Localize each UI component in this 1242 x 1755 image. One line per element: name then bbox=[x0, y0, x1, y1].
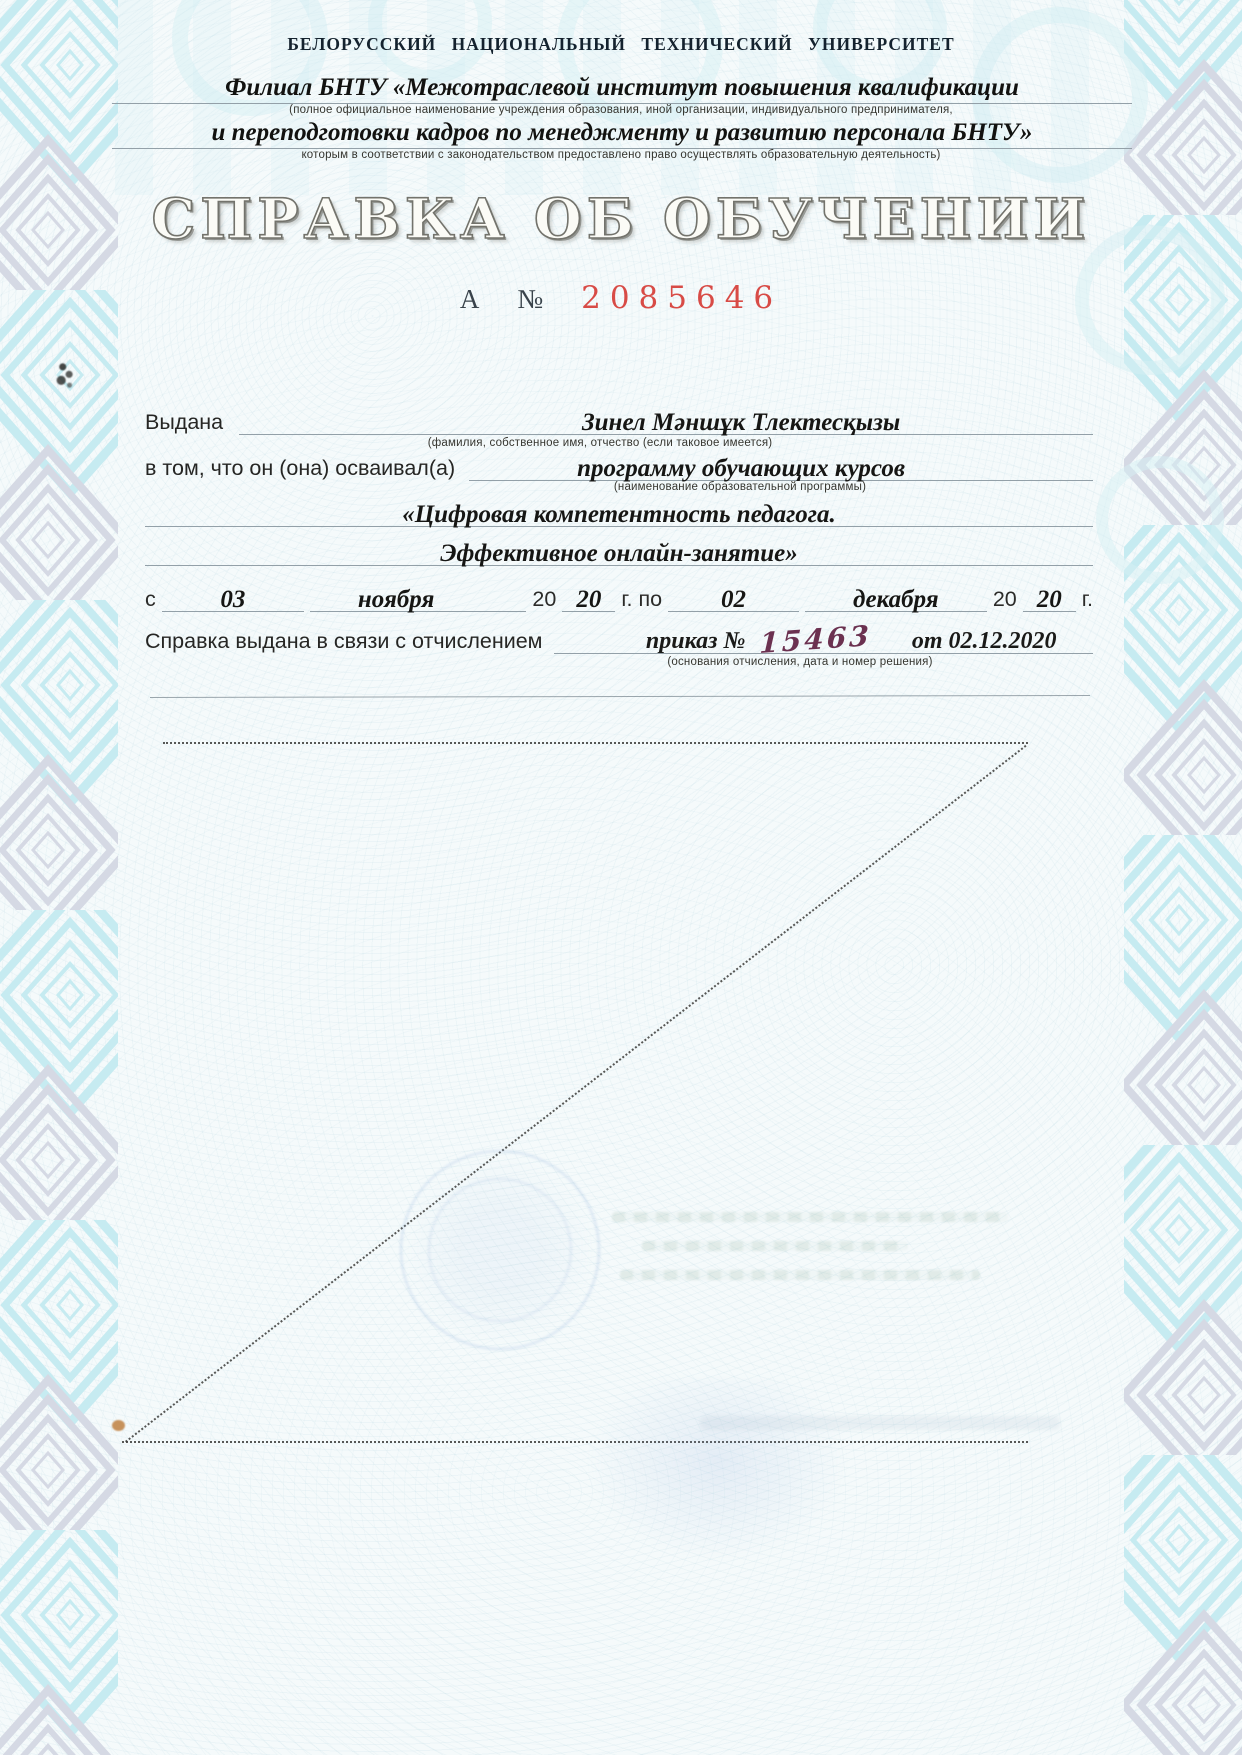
period-to-month-line: декабря bbox=[805, 581, 987, 612]
period-century-from: 20 bbox=[532, 587, 556, 612]
dismissal-caption: (основания отчисления, дата и номер реше… bbox=[540, 656, 1060, 668]
program-type-caption: (наименование образовательной программы) bbox=[480, 481, 1000, 493]
period-from-month: ноября bbox=[358, 587, 434, 612]
recipient-name-caption: (фамилия, собственное имя, отчество (есл… bbox=[260, 437, 940, 449]
ink-smudge bbox=[49, 358, 81, 393]
order-date: от 02.12.2020 bbox=[912, 629, 1057, 653]
document-title: СПРАВКА ОБ ОБУЧЕНИИ bbox=[0, 186, 1242, 251]
program-name-line1: «Цифровая компетентность педагога. bbox=[402, 502, 836, 527]
serial-row: А № 2085646 bbox=[0, 280, 1242, 316]
program-name-line1-rule: «Цифровая компетентность педагога. bbox=[145, 496, 1093, 527]
series-letter: А bbox=[460, 284, 480, 315]
branch-name-line1: Филиал БНТУ «Межотраслевой институт повы… bbox=[112, 74, 1132, 104]
period-from-month-line: ноября bbox=[310, 581, 526, 612]
number-sign: № bbox=[517, 284, 543, 315]
certificate-page: БЕЛОРУССКИЙ НАЦИОНАЛЬНЫЙ ТЕХНИЧЕСКИЙ УНИ… bbox=[0, 0, 1242, 1755]
period-to-day: 02 bbox=[721, 587, 746, 612]
program-name-row2: Эффективное онлайн-занятие» bbox=[145, 535, 1093, 566]
void-line-top bbox=[163, 742, 1028, 744]
branch-caption-line1: (полное официальное наименование учрежде… bbox=[0, 104, 1242, 116]
faint-text-imprint bbox=[612, 1212, 1008, 1299]
program-type-line: программу обучающих курсов bbox=[469, 450, 1093, 481]
separator-rule bbox=[150, 695, 1090, 698]
period-from-year-line: 20 bbox=[562, 581, 615, 612]
period-from-day: 03 bbox=[220, 587, 245, 612]
branch-name-line2: и переподготовки кадров по менеджменту и… bbox=[112, 119, 1132, 149]
order-line: приказ № 15463 от 02.12.2020 bbox=[554, 623, 1093, 654]
order-label: приказ № bbox=[646, 629, 746, 653]
faint-emblem-imprint bbox=[585, 1378, 850, 1563]
serial-number: 2085646 bbox=[581, 280, 782, 316]
period-mid-label: г. по bbox=[621, 587, 662, 612]
period-to-year-line: 20 bbox=[1023, 581, 1076, 612]
order-number-handwritten: 15463 bbox=[759, 622, 872, 658]
issued-label: Выдана bbox=[145, 411, 223, 435]
period-to-month: декабря bbox=[853, 587, 939, 612]
program-type-row: в том, что он (она) осваивал(а) программ… bbox=[145, 450, 1093, 481]
studied-label: в том, что он (она) осваивал(а) bbox=[145, 457, 455, 481]
study-period-row: с 03 ноября 20 20 г. по 02 декабря 20 20… bbox=[145, 581, 1093, 612]
period-end-label: г. bbox=[1082, 587, 1093, 612]
recipient-name: Зинел Мәншұк Тлектесқызы bbox=[582, 410, 900, 435]
period-to-year: 20 bbox=[1037, 587, 1062, 612]
dismissal-reason-label: Справка выдана в связи с отчислением bbox=[145, 630, 542, 654]
faint-stamp-imprint bbox=[400, 1150, 600, 1350]
university-name: БЕЛОРУССКИЙ НАЦИОНАЛЬНЫЙ ТЕХНИЧЕСКИЙ УНИ… bbox=[0, 34, 1242, 55]
dismissal-row: Справка выдана в связи с отчислением при… bbox=[145, 623, 1093, 654]
branch-caption-line2: которым в соответствии с законодательств… bbox=[0, 149, 1242, 161]
program-type-value: программу обучающих курсов bbox=[577, 456, 905, 481]
period-from-year: 20 bbox=[576, 587, 601, 612]
period-century-to: 20 bbox=[993, 587, 1017, 612]
issued-to-row: Выдана Зинел Мәншұк Тлектесқызы bbox=[145, 404, 1093, 435]
void-line-bottom bbox=[122, 1441, 1028, 1443]
program-name-row1: «Цифровая компетентность педагога. bbox=[145, 496, 1093, 527]
period-from-day-line: 03 bbox=[162, 581, 304, 612]
period-from-label: с bbox=[145, 587, 156, 612]
recipient-name-line: Зинел Мәншұк Тлектесқызы bbox=[239, 404, 1093, 435]
program-name-line2-rule: Эффективное онлайн-занятие» bbox=[145, 535, 1093, 566]
paper-stain bbox=[112, 1420, 125, 1431]
void-line-diagonal bbox=[125, 745, 1027, 1443]
period-to-day-line: 02 bbox=[668, 581, 799, 612]
program-name-line2: Эффективное онлайн-занятие» bbox=[440, 541, 798, 566]
faint-band-imprint bbox=[700, 1416, 1060, 1430]
